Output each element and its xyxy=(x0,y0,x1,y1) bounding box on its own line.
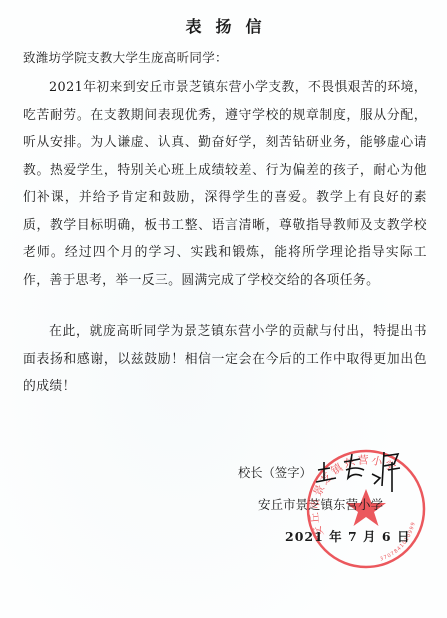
salutation: 致潍坊学院支教大学生庞高昕同学： xyxy=(23,48,228,66)
principal-signature-label: 校长（签字） xyxy=(238,463,312,481)
school-name: 安丘市景芝镇东营小学 xyxy=(258,495,383,513)
body-paragraph-2: 在此，就庞高昕同学为景芝镇东营小学的贡献与付出，特提出书面表扬和感谢，以兹鼓励！… xyxy=(23,318,427,401)
body-paragraph-1: 2021年初来到安丘市景芝镇东营小学支教，不畏惧艰苦的环境，吃苦耐劳。在支教期间… xyxy=(23,74,427,294)
document-title: 表扬信 xyxy=(0,14,447,37)
letter-page: 表扬信 致潍坊学院支教大学生庞高昕同学： 2021年初来到安丘市景芝镇东营小学支… xyxy=(0,0,447,618)
letter-date: 2021 年 7 月 6 日 xyxy=(285,527,410,545)
handwritten-signature xyxy=(314,448,404,493)
